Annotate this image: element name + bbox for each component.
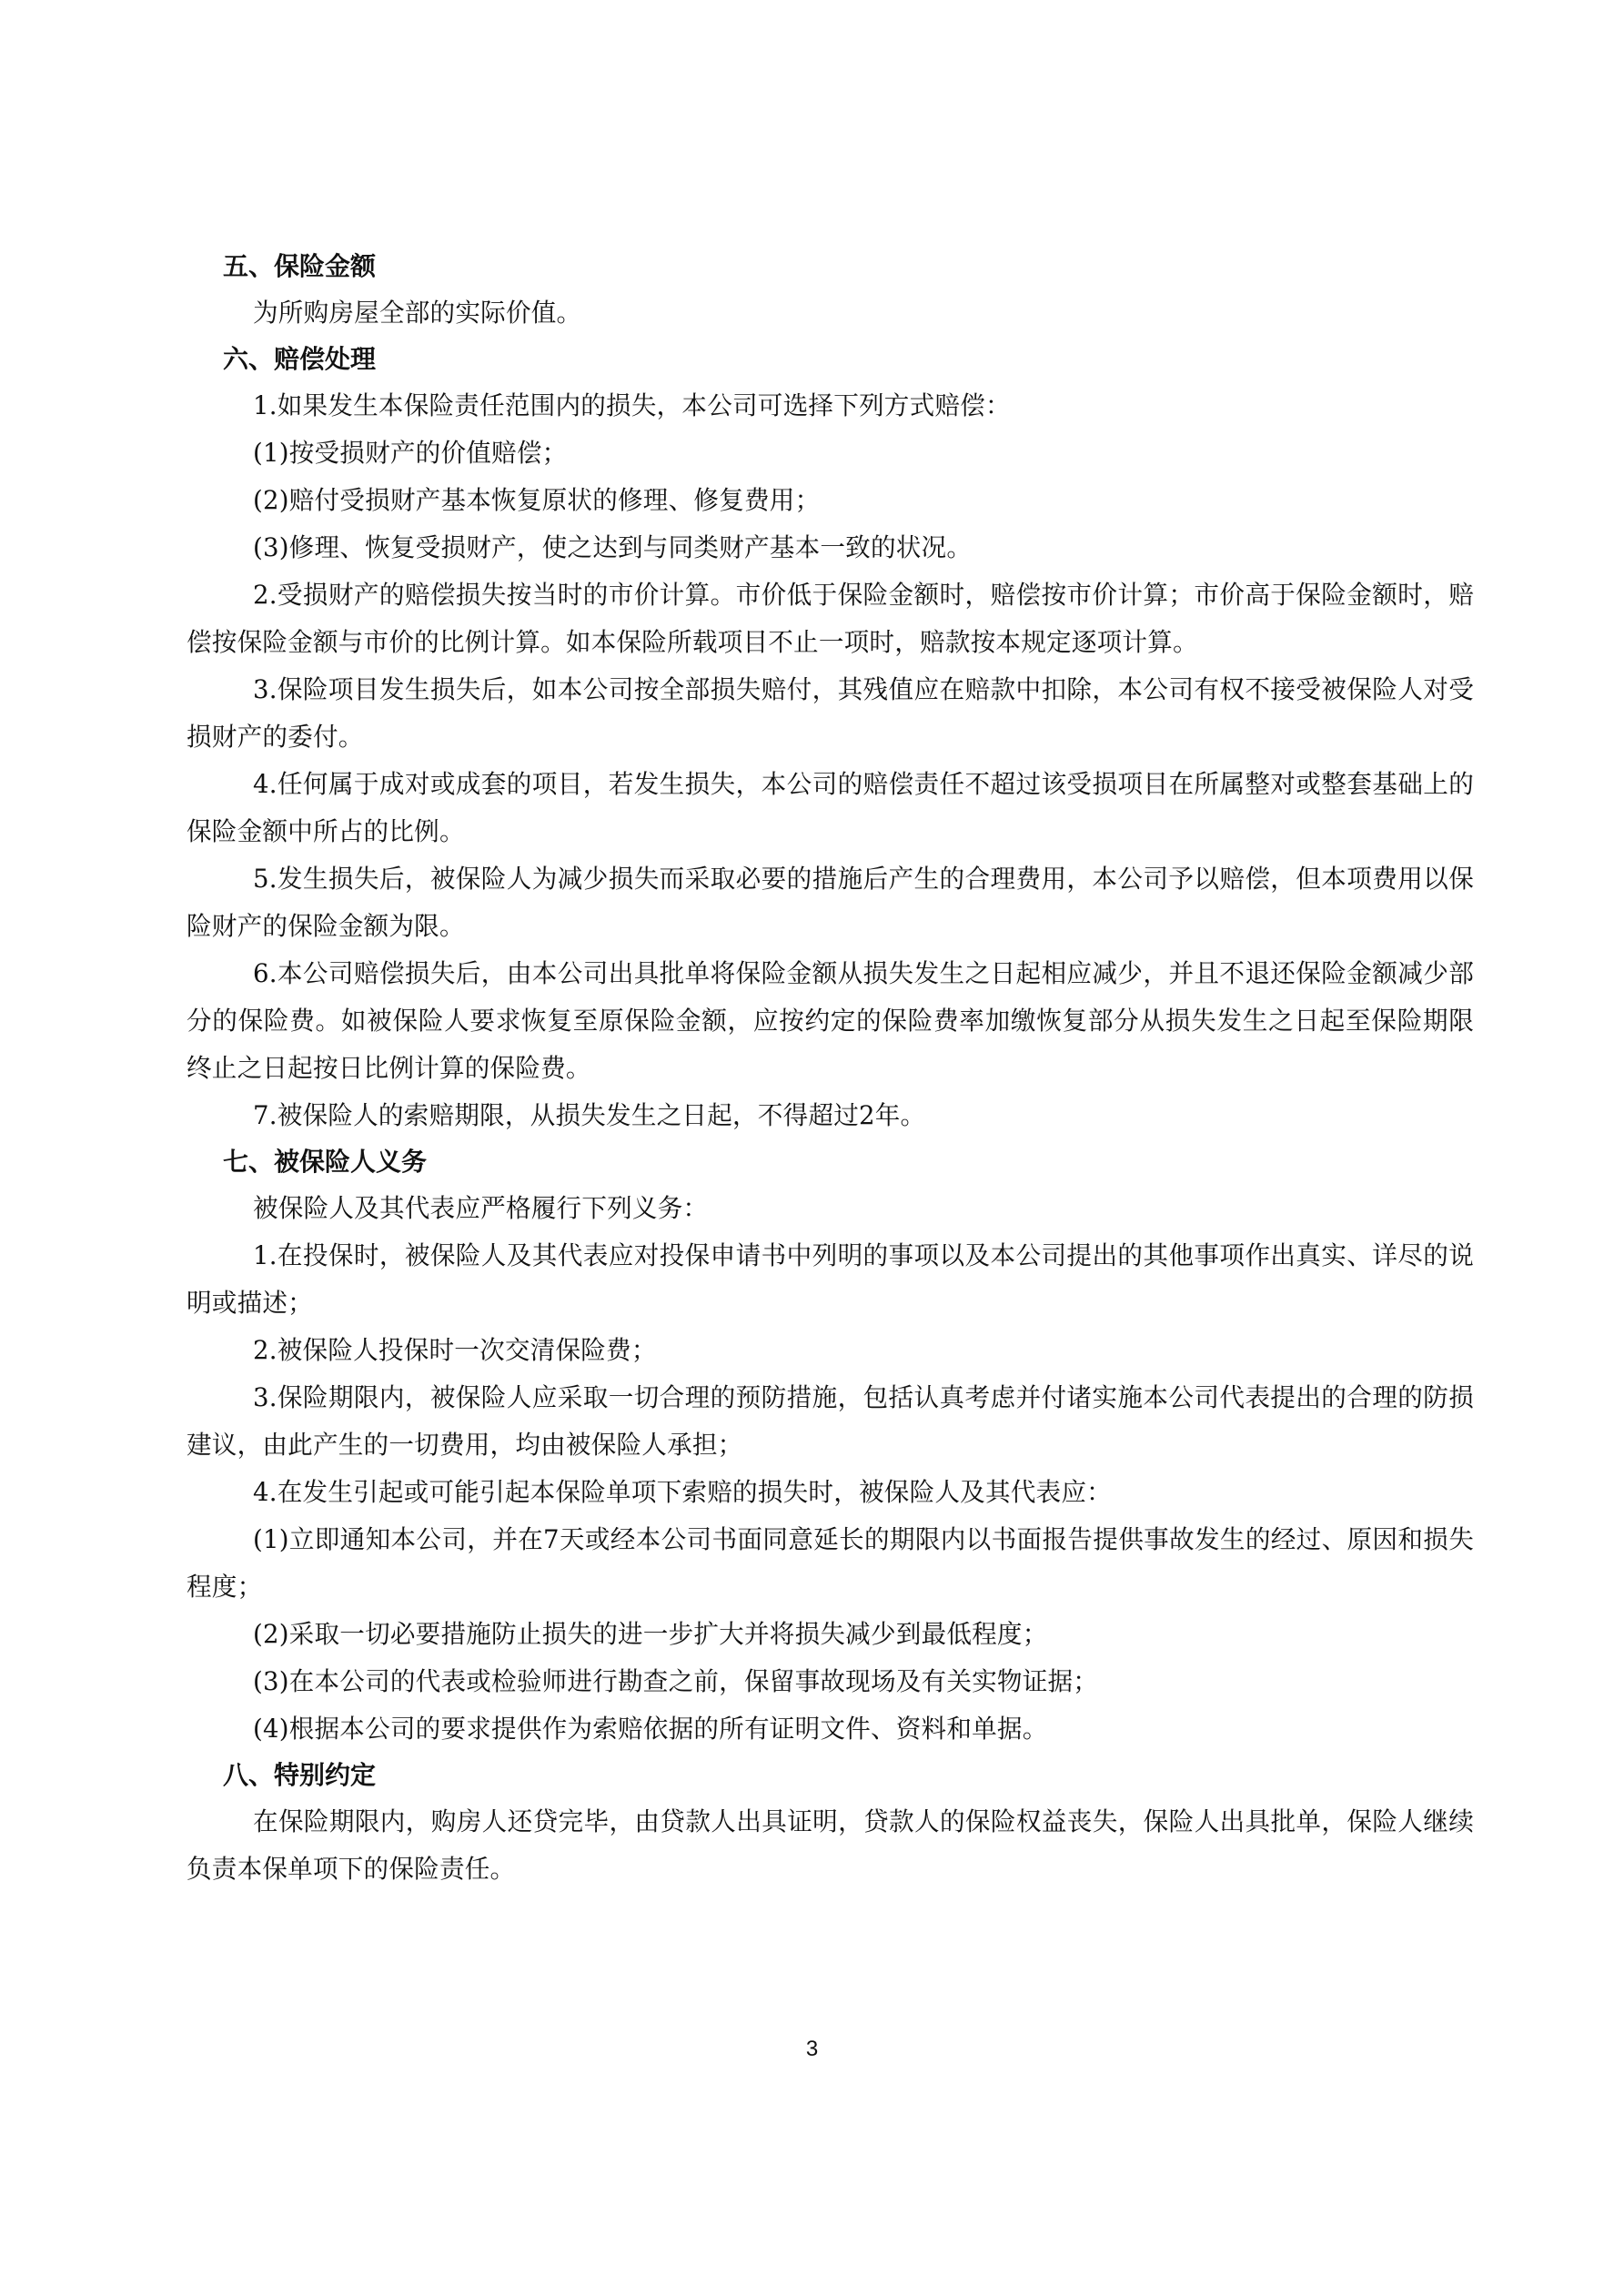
paragraph: 3.保险项目发生损失后，如本公司按全部损失赔付，其残值应在赔款中扣除，本公司有权… — [187, 666, 1474, 761]
paragraph: (2)采取一切必要措施防止损失的进一步扩大并将损失减少到最低程度； — [187, 1611, 1474, 1658]
paragraph: 1.在投保时，被保险人及其代表应对投保申请书中列明的事项以及本公司提出的其他事项… — [187, 1232, 1474, 1327]
section-compensation: 六、赔偿处理 1.如果发生本保险责任范围内的损失，本公司可选择下列方式赔偿： (… — [187, 337, 1474, 1139]
section-heading: 五、保险金额 — [187, 244, 1474, 289]
paragraph: 2.被保险人投保时一次交清保险费； — [187, 1327, 1474, 1374]
paragraph: 5.发生损失后，被保险人为减少损失而采取必要的措施后产生的合理费用，本公司予以赔… — [187, 855, 1474, 950]
paragraph: (3)修理、恢复受损财产，使之达到与同类财产基本一致的状况。 — [187, 524, 1474, 571]
paragraph: 2.受损财产的赔偿损失按当时的市价计算。市价低于保险金额时，赔偿按市价计算；市价… — [187, 571, 1474, 666]
paragraph: 被保险人及其代表应严格履行下列义务： — [187, 1185, 1474, 1232]
paragraph: 4.在发生引起或可能引起本保险单项下索赔的损失时，被保险人及其代表应： — [187, 1469, 1474, 1516]
section-insured-obligations: 七、被保险人义务 被保险人及其代表应严格履行下列义务： 1.在投保时，被保险人及… — [187, 1139, 1474, 1753]
paragraph: (2)赔付受损财产基本恢复原状的修理、修复费用； — [187, 477, 1474, 524]
paragraph: 4.任何属于成对或成套的项目，若发生损失，本公司的赔偿责任不超过该受损项目在所属… — [187, 761, 1474, 855]
paragraph: (1)立即通知本公司，并在7天或经本公司书面同意延长的期限内以书面报告提供事故发… — [187, 1516, 1474, 1611]
paragraph: (1)按受损财产的价值赔偿； — [187, 430, 1474, 477]
section-heading: 八、特别约定 — [187, 1753, 1474, 1798]
paragraph: 为所购房屋全部的实际价值。 — [187, 289, 1474, 337]
section-insured-amount: 五、保险金额 为所购房屋全部的实际价值。 — [187, 244, 1474, 337]
page-number: 3 — [0, 2037, 1624, 2062]
paragraph: 1.如果发生本保险责任范围内的损失，本公司可选择下列方式赔偿： — [187, 382, 1474, 430]
paragraph: 3.保险期限内，被保险人应采取一切合理的预防措施，包括认真考虑并付诸实施本公司代… — [187, 1374, 1474, 1469]
paragraph: 在保险期限内，购房人还贷完毕，由贷款人出具证明，贷款人的保险权益丧失，保险人出具… — [187, 1798, 1474, 1893]
paragraph: (3)在本公司的代表或检验师进行勘查之前，保留事故现场及有关实物证据； — [187, 1658, 1474, 1705]
paragraph: 7.被保险人的索赔期限，从损失发生之日起，不得超过2年。 — [187, 1092, 1474, 1139]
section-heading: 六、赔偿处理 — [187, 337, 1474, 382]
section-special-agreement: 八、特别约定 在保险期限内，购房人还贷完毕，由贷款人出具证明，贷款人的保险权益丧… — [187, 1753, 1474, 1893]
paragraph: 6.本公司赔偿损失后，由本公司出具批单将保险金额从损失发生之日起相应减少，并且不… — [187, 950, 1474, 1092]
paragraph: (4)根据本公司的要求提供作为索赔依据的所有证明文件、资料和单据。 — [187, 1705, 1474, 1753]
section-heading: 七、被保险人义务 — [187, 1139, 1474, 1185]
document-page: 五、保险金额 为所购房屋全部的实际价值。 六、赔偿处理 1.如果发生本保险责任范… — [187, 244, 1474, 1893]
